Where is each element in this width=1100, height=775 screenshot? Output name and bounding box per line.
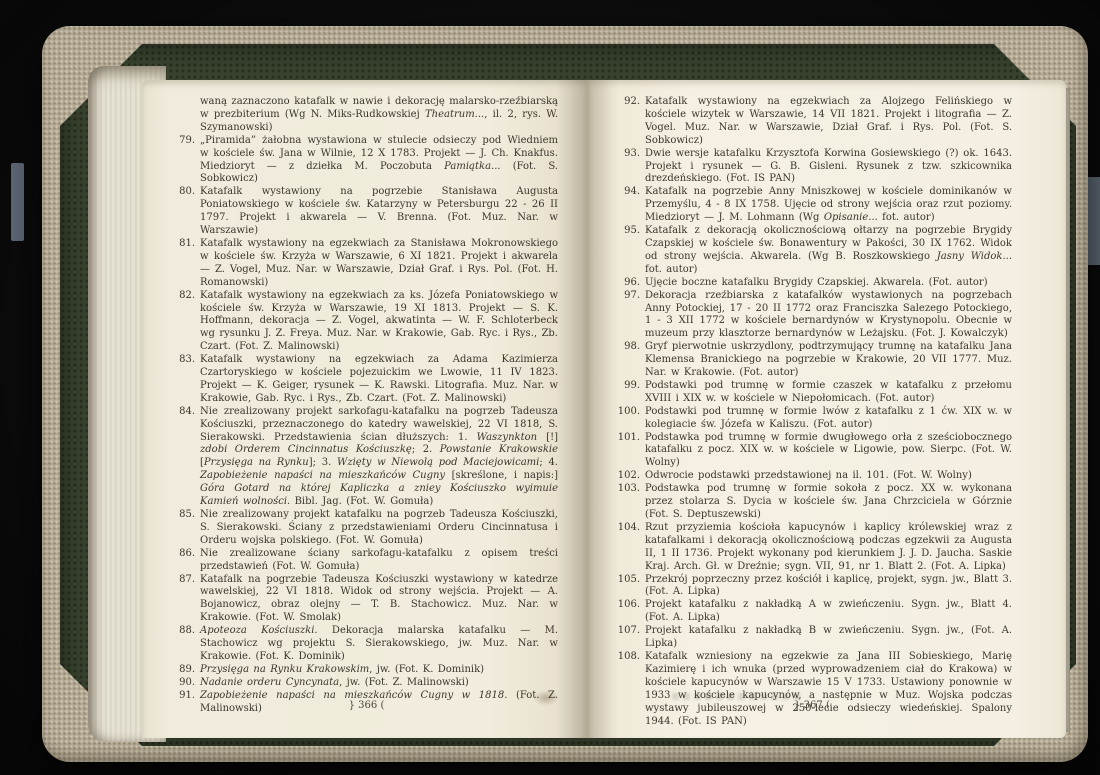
entry-number: 93. (612, 148, 640, 161)
catalog-entry: 100.Podstawki pod trumnę w formie lwów z… (612, 406, 1012, 432)
entry-number: 100. (612, 406, 640, 419)
entry-number: 89. (175, 664, 195, 677)
catalog-entry: 106.Projekt katafalku z nakładką A w zwi… (612, 599, 1012, 625)
entry-text: Podstawka pod trumnę w formie sokoła z p… (645, 483, 1012, 520)
entry-text: Katafalk wystawiony na pogrzebie Stanisł… (200, 186, 558, 236)
entry-text: Podstawka pod trumnę w formie dwugłowego… (645, 432, 1012, 469)
entry-text: Katafalk wystawiony na egzekwiach za Alo… (645, 96, 1012, 146)
catalog-entry: 102.Odwrocie podstawki przedstawionej na… (612, 470, 1012, 483)
entry-number: 99. (612, 380, 640, 393)
catalog-entry: 85.Nie zrealizowany projekt katafalku na… (175, 509, 558, 548)
entry-number: 87. (175, 574, 195, 587)
catalog-entry: 105.Przekrój poprzeczny przez kościół i … (612, 574, 1012, 600)
background-mark-right-stem (1088, 203, 1100, 265)
catalog-entry: 107.Projekt katafalku z nakładką B w zwi… (612, 625, 1012, 651)
entry-text: Katafalk na pogrzebie Tadeusza Kościuszk… (200, 574, 558, 624)
entry-number: 86. (175, 548, 195, 561)
entry-text: Ujęcie boczne katafalku Brygidy Czapskie… (645, 277, 988, 288)
catalog-entry: 82.Katafalk wystawiony na egzekwiach za … (175, 290, 558, 355)
entry-text: Rzut przyziemia kościoła kapucynów i kap… (645, 522, 1012, 572)
entry-text: Projekt katafalku z nakładką A w zwieńcz… (645, 599, 1012, 623)
entry-text: Nie zrealizowane ściany sarkofagu-katafa… (200, 548, 558, 572)
catalog-entry: 86.Nie zrealizowane ściany sarkofagu-kat… (175, 548, 558, 574)
entry-number: 108. (612, 651, 640, 664)
catalog-entry: waną zaznaczono katafalk w nawie i dekor… (175, 96, 558, 135)
entry-text: waną zaznaczono katafalk w nawie i dekor… (200, 96, 558, 133)
catalog-entry: 95.Katafalk z dekoracją okolicznościową … (612, 225, 1012, 277)
book-gutter-shadow (556, 80, 618, 738)
entry-number: 104. (612, 522, 640, 535)
right-page-text-column: 92.Katafalk wystawiony na egzekwiach za … (612, 96, 1012, 728)
catalog-entry: 81.Katafalk wystawiony na egzekwiach za … (175, 238, 558, 290)
entry-number: 83. (175, 354, 195, 367)
catalog-entry: 84.Nie zrealizowany projekt sarkofagu-ka… (175, 406, 558, 509)
entry-number: 101. (612, 432, 640, 445)
entry-number: 107. (612, 625, 640, 638)
entry-text: Nadanie orderu Cyncynata, jw. (Fot. Z. M… (200, 677, 469, 688)
catalog-entry: 108.Katafalk wzniesiony na egzekwie za J… (612, 651, 1012, 728)
catalog-entry: 89.Przysięga na Rynku Krakowskim, jw. (F… (175, 664, 558, 677)
entry-number: 102. (612, 470, 640, 483)
entry-number: 79. (175, 135, 195, 148)
right-page-number: } 367 ( (612, 700, 1012, 711)
entry-text: Przekrój poprzeczny przez kościół i kapl… (645, 574, 1012, 598)
catalog-entry: 87.Katafalk na pogrzebie Tadeusza Kościu… (175, 574, 558, 626)
catalog-entry: 93.Dwie wersje katafalku Krzysztofa Korw… (612, 148, 1012, 187)
entry-number: 103. (612, 483, 640, 496)
left-page-text-column: waną zaznaczono katafalk w nawie i dekor… (175, 96, 558, 716)
photo-of-open-book: waną zaznaczono katafalk w nawie i dekor… (0, 0, 1100, 775)
entry-text: „Piramida” żałobna wystawiona w stulecie… (200, 135, 558, 185)
entry-number: 95. (612, 225, 640, 238)
entry-number: 105. (612, 574, 640, 587)
entry-number: 92. (612, 96, 640, 109)
entry-number: 82. (175, 290, 195, 303)
entry-text: Przysięga na Rynku Krakowskim, jw. (Fot.… (200, 664, 484, 675)
entry-number: 96. (612, 277, 640, 290)
left-page-number: } 366 ( (175, 700, 558, 711)
catalog-entry: 97.Dekoracja rzeźbiarska z katafalków wy… (612, 290, 1012, 342)
entry-text: Podstawki pod trumnę w formie czaszek w … (645, 380, 1012, 404)
entry-text: Gryf pierwotnie uskrzydlony, podtrzymują… (645, 341, 1012, 378)
entry-number: 85. (175, 509, 195, 522)
entry-text: Podstawki pod trumnę w formie lwów z kat… (645, 406, 1012, 430)
entry-text: Katafalk wystawiony na egzekwiach za Sta… (200, 238, 558, 288)
entry-number: 98. (612, 341, 640, 354)
entry-text: Dwie wersje katafalku Krzysztofa Korwina… (645, 148, 1012, 185)
catalog-entry: 96.Ujęcie boczne katafalku Brygidy Czaps… (612, 277, 1012, 290)
catalog-entry: 83.Katafalk wystawiony na egzekwiach za … (175, 354, 558, 406)
catalog-entry: 94.Katafalk na pogrzebie Anny Mniszkowej… (612, 186, 1012, 225)
catalog-entry: 104.Rzut przyziemia kościoła kapucynów i… (612, 522, 1012, 574)
entry-number: 94. (612, 186, 640, 199)
catalog-entry: 99.Podstawki pod trumnę w formie czaszek… (612, 380, 1012, 406)
entry-number: 88. (175, 625, 195, 638)
catalog-entry: 92.Katafalk wystawiony na egzekwiach za … (612, 96, 1012, 148)
entry-text: Katafalk z dekoracją okolicznościową ołt… (645, 225, 1012, 275)
entry-number: 84. (175, 406, 195, 419)
background-mark-left (11, 163, 24, 241)
entry-text: Nie zrealizowany projekt katafalku na po… (200, 509, 558, 546)
catalog-entry: 90.Nadanie orderu Cyncynata, jw. (Fot. Z… (175, 677, 558, 690)
entry-text: Dekoracja rzeźbiarska z katafalków wysta… (645, 290, 1012, 340)
entry-number: 97. (612, 290, 640, 303)
catalog-entry: 103.Podstawka pod trumnę w formie sokoła… (612, 483, 1012, 522)
catalog-entry: 88.Apoteoza Kościuszki. Dekoracja malars… (175, 625, 558, 664)
entry-text: Apoteoza Kościuszki. Dekoracja malarska … (200, 625, 558, 662)
entry-number: 106. (612, 599, 640, 612)
entry-text: Projekt katafalku z nakładką B w zwieńcz… (645, 625, 1012, 649)
catalog-entry: 98.Gryf pierwotnie uskrzydlony, podtrzym… (612, 341, 1012, 380)
entry-number: 90. (175, 677, 195, 690)
entry-text: Katafalk wystawiony na egzekwiach za Ada… (200, 354, 558, 404)
entry-number: 80. (175, 186, 195, 199)
entry-number: 81. (175, 238, 195, 251)
entry-text: Katafalk na pogrzebie Anny Mniszkowej w … (645, 186, 1012, 223)
entry-text: Katafalk wystawiony na egzekwiach za ks.… (200, 290, 558, 353)
catalog-entry: 101.Podstawka pod trumnę w formie dwugło… (612, 432, 1012, 471)
entry-text: Odwrocie podstawki przedstawionej na il.… (645, 470, 972, 481)
entry-text: Katafalk wzniesiony na egzekwie za Jana … (645, 651, 1012, 727)
catalog-entry: 80.Katafalk wystawiony na pogrzebie Stan… (175, 186, 558, 238)
entry-text: Nie zrealizowany projekt sarkofagu-kataf… (200, 406, 558, 507)
catalog-entry: 79.„Piramida” żałobna wystawiona w stule… (175, 135, 558, 187)
